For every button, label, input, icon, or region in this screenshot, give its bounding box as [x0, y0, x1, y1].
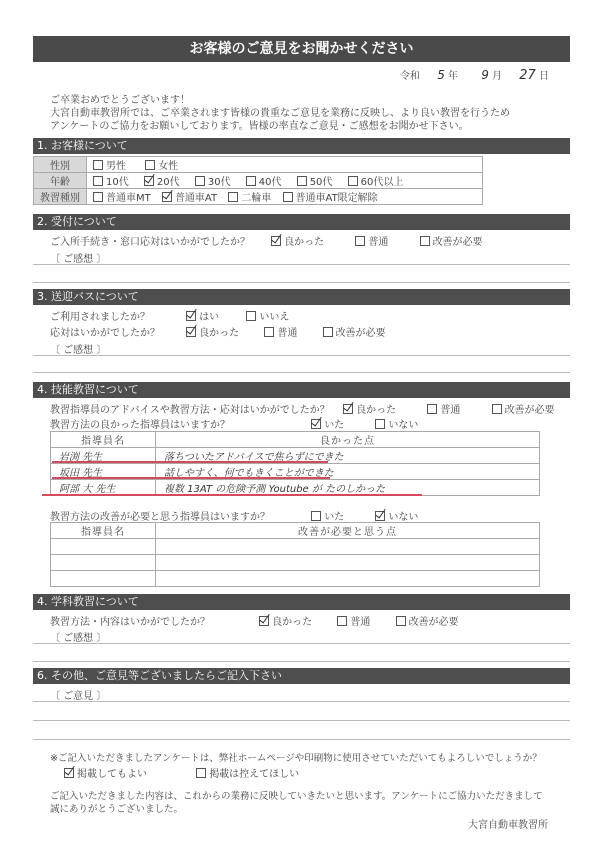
option-label: 掲載してもよい — [77, 769, 147, 780]
comment-label: 〔 ご感想 〕 — [50, 341, 106, 356]
improve-instructor-row: 教習方法の改善が必要と思う指導員はいますか？ いた いない — [50, 508, 434, 523]
good-instructors-table: 指導員名 良かった点 岩渕 先生 落ちついたアドバイスで焦らずにできた 坂田 先… — [50, 431, 540, 496]
option-label: 60代以上 — [361, 177, 404, 188]
checkbox-30s[interactable] — [195, 176, 205, 186]
comment-line[interactable] — [33, 701, 570, 702]
instructor-name-cell[interactable] — [51, 539, 156, 555]
comment-line[interactable] — [33, 264, 570, 265]
table-row — [51, 539, 540, 555]
checkbox-60s-plus[interactable] — [348, 176, 358, 186]
comment-label: 〔 ご意見 〕 — [50, 687, 106, 702]
question-text: 応対はいかがでしたか？ — [50, 324, 183, 339]
checkbox-at[interactable] — [162, 192, 172, 202]
age-row: 年齢 10代 20代 30代 40代 50代 60代以上 — [34, 173, 483, 189]
comment-label: 〔 ご感想 〕 — [50, 629, 106, 644]
checkbox-yes-there-was[interactable] — [311, 511, 321, 521]
closing-text: ご記入いただきました内容は、これからの業務に反映していきたいと思います。アンケー… — [50, 790, 543, 816]
checkbox-publish-decline[interactable] — [196, 768, 206, 778]
reception-question-row: ご入所手続き・窓口応対はいかがでしたか？ 良かった 普通 改善が必要 — [50, 233, 499, 248]
option-label: 普通車AT — [175, 193, 217, 204]
improvement-point-cell[interactable] — [156, 571, 540, 587]
form-title: お客様のご意見をお聞かせください — [33, 36, 570, 62]
improvement-point-cell[interactable] — [156, 539, 540, 555]
checkbox-no-there-wasnt[interactable] — [375, 419, 385, 429]
checkbox-needs-improvement[interactable] — [420, 236, 430, 246]
option-label: 30代 — [208, 177, 231, 188]
red-underline — [52, 477, 330, 479]
comment-line[interactable] — [33, 372, 570, 373]
academic-rating-row: 教習方法・内容はいかがでしたか？ 良かった 普通 改善が必要 — [50, 613, 475, 628]
column-header-improvement-points: 改善が必要と思う点 — [156, 523, 540, 539]
option-label: 女性 — [158, 161, 178, 172]
option-label: いいえ — [259, 312, 289, 323]
table-header-row: 指導員名 改善が必要と思う点 — [51, 523, 540, 539]
option-label: 普通車MT — [106, 193, 151, 204]
checkbox-no-there-wasnt[interactable] — [375, 511, 385, 521]
checkbox-needs-improvement[interactable] — [396, 616, 406, 626]
intro-line: 大宮自動車教習所では、ご卒業されます皆様の貴重なご意見を業務に反映し、より良い教… — [50, 107, 570, 120]
option-label: 50代 — [310, 177, 333, 188]
section-heading-academic-lessons: 4. 学科教習について — [33, 594, 570, 610]
checkbox-no[interactable] — [246, 311, 256, 321]
bus-used-row: ご利用されましたか？ はい いいえ — [50, 308, 305, 323]
option-label: 普通車AT限定解除 — [296, 193, 378, 204]
column-header-instructor: 指導員名 — [51, 523, 156, 539]
publish-options-row: 掲載してもよい 掲載は控えてほしい — [64, 765, 315, 780]
checkbox-good[interactable] — [186, 327, 196, 337]
question-text: 教習方法の良かった指導員はいますか？ — [50, 416, 308, 431]
good-instructor-row: 教習方法の良かった指導員はいますか？ いた いない — [50, 416, 434, 431]
checkbox-normal[interactable] — [337, 616, 347, 626]
row-label: 教習種別 — [34, 189, 87, 205]
option-label: 二輪車 — [241, 193, 271, 204]
comment-line[interactable] — [33, 661, 570, 662]
table-row — [51, 571, 540, 587]
date-month[interactable]: 9 — [481, 68, 489, 82]
option-label: 普通 — [368, 237, 388, 248]
comment-line[interactable] — [33, 720, 570, 721]
question-text: 教習方法・内容はいかがでしたか？ — [50, 613, 256, 628]
question-text: 教習指導員のアドバイスや教習方法・応対はいかがでしたか？ — [50, 401, 340, 416]
closing-line: 誠にありがとうございました。 — [50, 803, 543, 816]
option-label: はい — [199, 312, 219, 323]
option-label: 普通 — [350, 617, 370, 628]
checkbox-female[interactable] — [145, 160, 155, 170]
option-label: 40代 — [259, 177, 282, 188]
checkbox-20s[interactable] — [144, 176, 154, 186]
comment-line[interactable] — [33, 643, 570, 644]
checkbox-good[interactable] — [259, 616, 269, 626]
date-field: 令和 5 年 9 月 27 日 — [400, 67, 570, 83]
intro-line: ご卒業おめでとうございます！ — [50, 94, 570, 107]
publish-question: ※ご記入いただきましたアンケートは、弊社ホームページや印刷物に使用させていただい… — [50, 750, 542, 764]
improvement-point-cell[interactable] — [156, 555, 540, 571]
option-label: 普通 — [440, 405, 460, 416]
closing-line: ご記入いただきました内容は、これからの業務に反映していきたいと思います。アンケー… — [50, 790, 543, 803]
checkbox-motorcycle[interactable] — [228, 192, 238, 202]
checkbox-publish-ok[interactable] — [64, 768, 74, 778]
option-label: いない — [388, 420, 418, 431]
month-unit: 月 — [492, 67, 502, 82]
table-row — [51, 555, 540, 571]
intro-line: アンケートのご協力をお願いしております。皆様の率直なご意見・ご感想をお聞かせ下さ… — [50, 120, 570, 133]
instructor-name-cell[interactable] — [51, 555, 156, 571]
checkbox-10s[interactable] — [93, 176, 103, 186]
section-heading-customer: 1. お客様について — [33, 138, 570, 154]
date-year[interactable]: 5 — [437, 68, 445, 82]
option-label: 掲載は控えてほしい — [209, 769, 299, 780]
checkbox-yes[interactable] — [186, 311, 196, 321]
checkbox-mt[interactable] — [93, 192, 103, 202]
comment-line[interactable] — [33, 355, 570, 356]
checkbox-at-limit-removal[interactable] — [283, 192, 293, 202]
option-label: いた — [324, 420, 344, 431]
school-signature: 大宮自動車教習所 — [468, 816, 548, 831]
question-text: ご入所手続き・窓口応対はいかがでしたか？ — [50, 233, 268, 248]
row-label: 性別 — [34, 157, 87, 173]
gender-row: 性別 男性 女性 — [34, 157, 483, 173]
option-label: 男性 — [106, 161, 126, 172]
option-label: 良かった — [272, 617, 312, 628]
year-unit: 年 — [448, 67, 458, 82]
red-underline — [52, 461, 328, 463]
checkbox-50s[interactable] — [297, 176, 307, 186]
instructor-name-cell[interactable] — [51, 571, 156, 587]
comment-line[interactable] — [33, 739, 570, 740]
checkbox-normal[interactable] — [264, 327, 274, 337]
option-label: 改善が必要 — [409, 617, 459, 628]
option-label: 改善が必要 — [505, 405, 555, 416]
section-heading-shuttle-bus: 3. 送迎バスについて — [33, 289, 570, 305]
checkbox-good[interactable] — [271, 236, 281, 246]
option-label: 10代 — [106, 177, 129, 188]
checkbox-needs-improvement[interactable] — [323, 327, 333, 337]
comment-label: 〔 ご感想 〕 — [50, 250, 106, 265]
section-heading-reception: 2. 受付について — [33, 214, 570, 230]
section-heading-driving-lessons: 4. 技能教習について — [33, 382, 570, 398]
intro-text: ご卒業おめでとうございます！ 大宮自動車教習所では、ご卒業されます皆様の貴重なご… — [50, 94, 570, 133]
date-day[interactable]: 27 — [519, 68, 536, 83]
red-underline — [42, 494, 422, 496]
comment-line[interactable] — [33, 282, 570, 283]
option-label: 良かった — [284, 237, 324, 248]
day-unit: 日 — [539, 67, 549, 82]
row-label: 年齢 — [34, 173, 87, 189]
checkbox-male[interactable] — [93, 160, 103, 170]
option-label: 良かった — [199, 328, 239, 339]
checkbox-normal[interactable] — [427, 404, 437, 414]
course-type-row: 教習種別 普通車MT 普通車AT 二輪車 普通車AT限定解除 — [34, 189, 483, 205]
customer-info-table: 性別 男性 女性 年齢 10代 20代 30代 40代 50代 60代以上 教習… — [33, 156, 483, 205]
checkbox-normal[interactable] — [355, 236, 365, 246]
option-label: 改善が必要 — [336, 328, 386, 339]
checkbox-good[interactable] — [343, 404, 353, 414]
checkbox-needs-improvement[interactable] — [492, 404, 502, 414]
option-label: 良かった — [356, 405, 396, 416]
question-text: 教習方法の改善が必要と思う指導員はいますか？ — [50, 508, 308, 523]
section-heading-other-comments: 6. その他、ご意見等ございましたらご記入下さい — [33, 668, 570, 684]
improve-instructors-table: 指導員名 改善が必要と思う点 — [50, 522, 540, 587]
question-text: ご利用されましたか？ — [50, 308, 183, 323]
option-label: 普通 — [277, 328, 297, 339]
checkbox-40s[interactable] — [246, 176, 256, 186]
checkbox-yes-there-was[interactable] — [311, 419, 321, 429]
bus-service-row: 応対はいかがでしたか？ 良かった 普通 改善が必要 — [50, 324, 402, 339]
option-label: 改善が必要 — [433, 237, 483, 248]
column-header-instructor: 指導員名 — [51, 432, 156, 448]
date-era: 令和 — [400, 67, 420, 82]
table-header-row: 指導員名 良かった点 — [51, 432, 540, 448]
instructor-rating-row: 教習指導員のアドバイスや教習方法・応対はいかがでしたか？ 良かった 普通 改善が… — [50, 401, 571, 416]
column-header-good-points: 良かった点 — [156, 432, 540, 448]
